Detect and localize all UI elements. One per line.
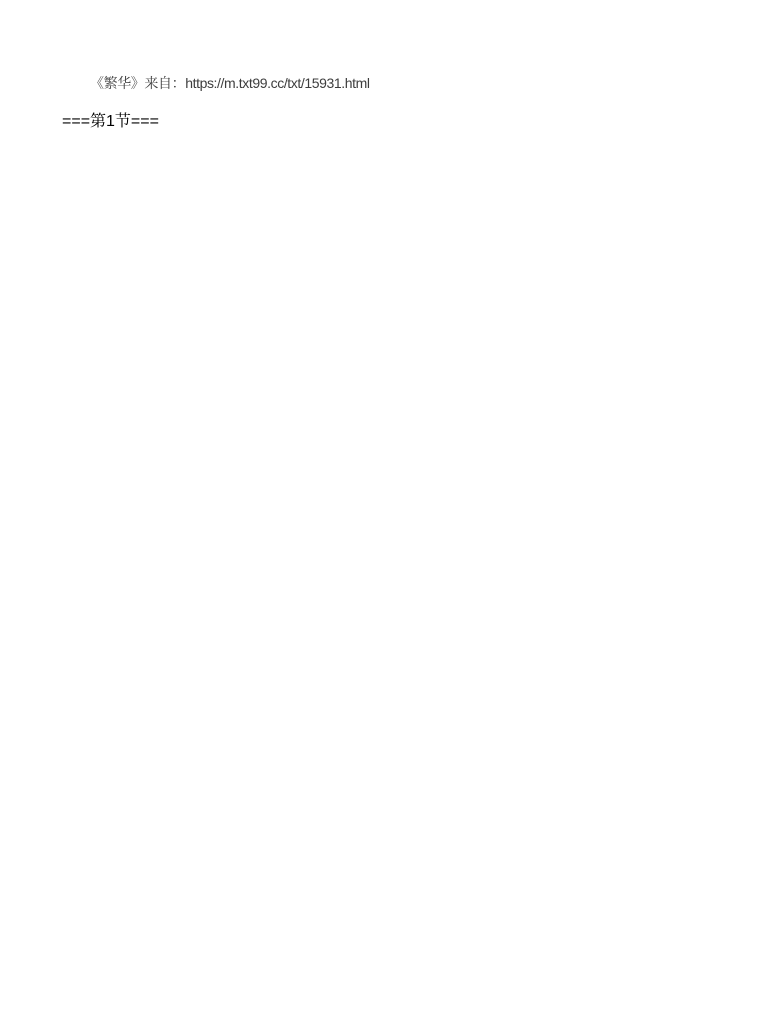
document-page: 《繁华》来自：https://m.txt99.cc/txt/15931.html… bbox=[0, 0, 768, 1024]
document-body: 《繁华》来自：https://m.txt99.cc/txt/15931.html… bbox=[62, 74, 748, 131]
section-marker: ===第1节=== bbox=[62, 113, 159, 130]
source-url-line: 《繁华》来自：https://m.txt99.cc/txt/15931.html bbox=[62, 74, 748, 92]
